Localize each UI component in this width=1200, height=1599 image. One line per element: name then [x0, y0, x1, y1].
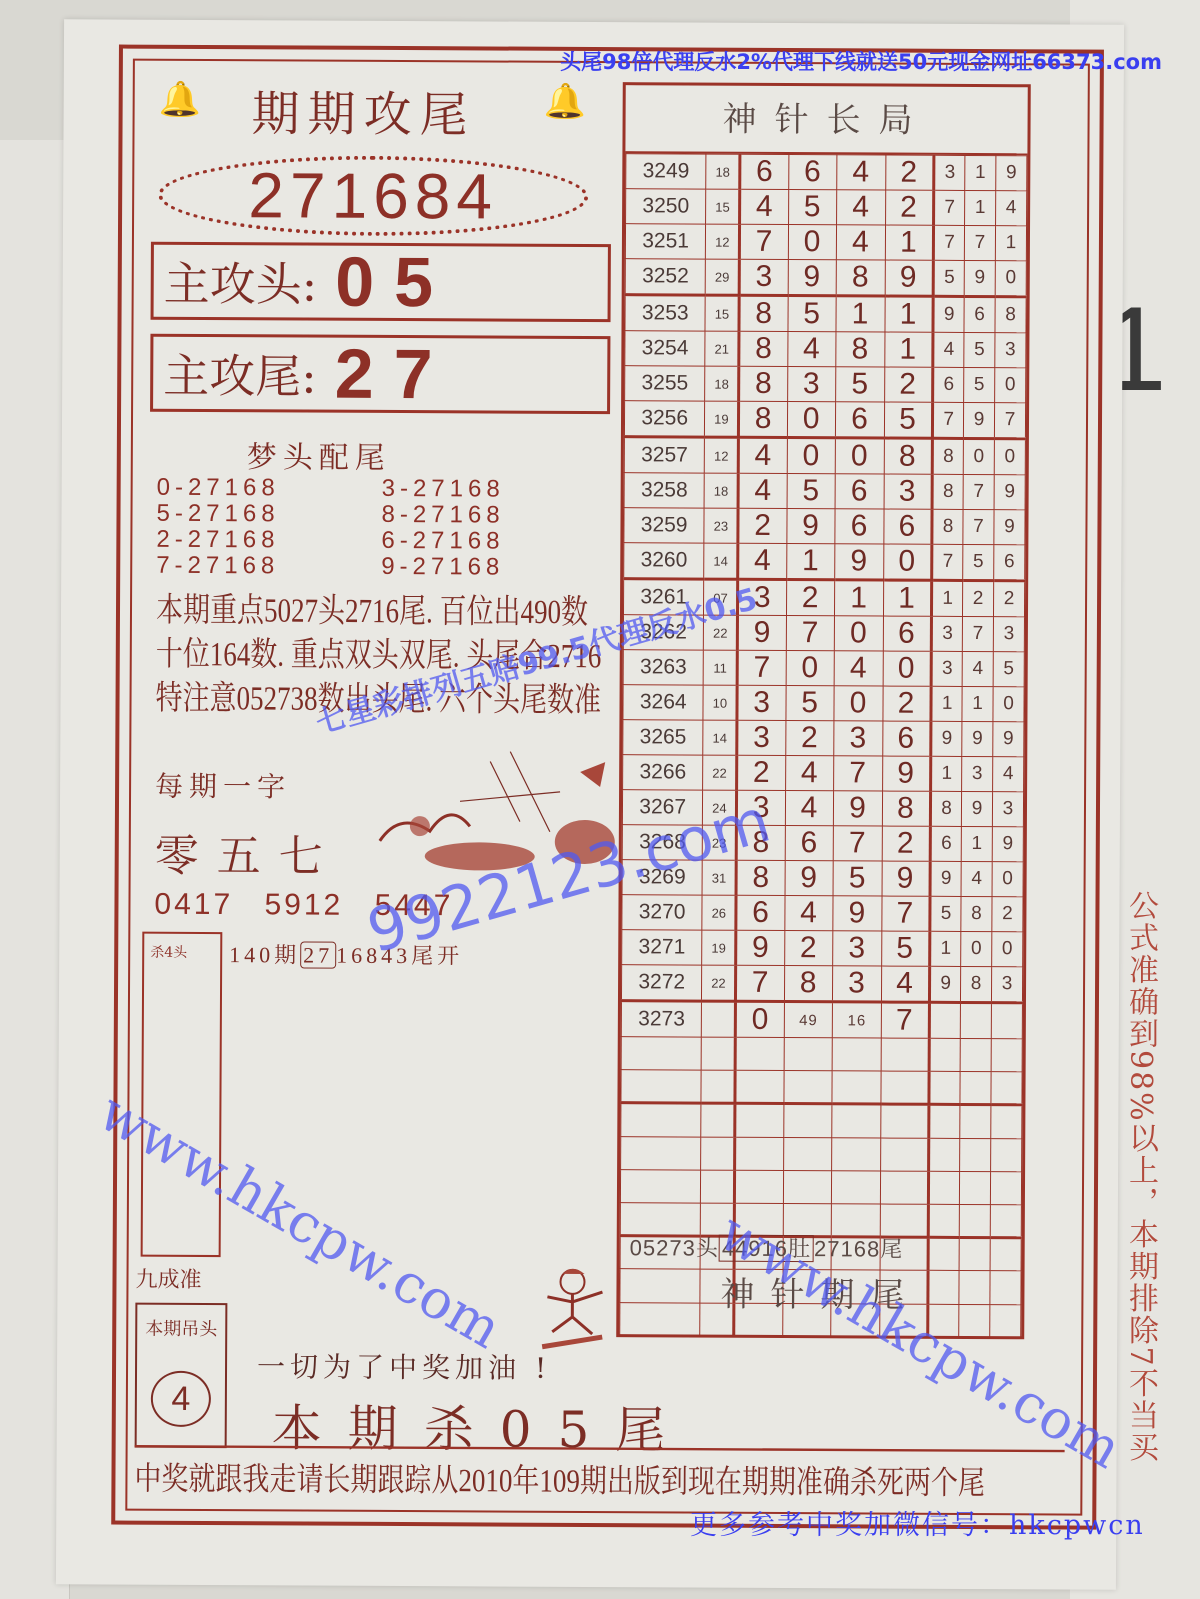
- draw-digit: 9: [736, 930, 785, 965]
- issue-number: 3266: [623, 755, 704, 790]
- draw-row: 3256198065797: [624, 401, 1025, 439]
- main-tail-value: 27: [335, 334, 453, 415]
- draw-digit: 3: [833, 931, 882, 966]
- issue-number: 3268: [622, 825, 703, 860]
- draw-digit: 0: [836, 438, 885, 474]
- extra-digit: 9: [964, 260, 995, 296]
- draw-digit: 1: [787, 544, 836, 580]
- issue-number: 3253: [625, 295, 706, 331]
- extra-digit: 9: [994, 475, 1025, 510]
- draw-digit: 2: [885, 155, 934, 190]
- extra-digit: 5: [964, 367, 995, 402]
- empty-cell: [880, 1138, 929, 1171]
- lucky-number: 271684: [248, 158, 498, 233]
- draw-row: 3251127041771: [625, 224, 1026, 261]
- issue-number: 3269: [622, 860, 703, 895]
- draw-digit: 3: [740, 259, 789, 295]
- empty-cell: [832, 1038, 881, 1071]
- digit-sum: 22: [704, 615, 738, 650]
- extra-digit: 9: [962, 721, 993, 756]
- draw-digit: 7: [881, 1002, 930, 1038]
- draw-row: 3271199235100: [622, 930, 1023, 967]
- extra-digit: [960, 1002, 991, 1038]
- issue-number: 3249: [626, 154, 707, 189]
- draw-digit: 16: [833, 1002, 882, 1038]
- issue-number: 3267: [622, 790, 703, 825]
- extra-digit: 0: [994, 439, 1025, 475]
- empty-cell: [735, 1170, 784, 1203]
- extra-digit: 1: [932, 580, 963, 616]
- extra-digit: 8: [932, 474, 963, 509]
- empty-cell: [929, 1171, 960, 1204]
- extra-digit: 1: [962, 686, 993, 721]
- draw-digit: 7: [738, 650, 787, 685]
- empty-cell: [620, 1169, 701, 1203]
- digit-sum: 21: [705, 331, 739, 366]
- extra-digit: 7: [963, 509, 994, 544]
- empty-cell: [784, 1038, 833, 1071]
- draw-row: 3263117040345: [623, 650, 1024, 687]
- draw-digit: 4: [834, 651, 883, 686]
- draw-digit: 2: [884, 367, 933, 402]
- draw-digit: 9: [835, 544, 884, 580]
- draw-digit: 6: [835, 474, 884, 509]
- draw-digit: 0: [834, 686, 883, 721]
- digit-sum: 23: [704, 508, 738, 543]
- draw-row: 3268238672619: [622, 825, 1023, 862]
- draw-digit: 4: [740, 189, 789, 224]
- extra-digit: 1: [930, 931, 961, 966]
- issue-number: 3252: [625, 259, 706, 295]
- draw-digit: 9: [882, 861, 931, 896]
- extra-digit: 8: [995, 297, 1026, 333]
- extra-digit: 0: [992, 862, 1023, 897]
- bell-icon-right: 🔔: [544, 82, 587, 122]
- extra-digit: 8: [932, 509, 963, 544]
- note-line: 特注意052738数出头尾. 六个头尾数准: [155, 670, 625, 727]
- draw-row: 3258184563879: [624, 473, 1025, 510]
- pairing-item: 0-27168: [157, 475, 382, 502]
- draw-digit: 5: [788, 190, 837, 225]
- draw-digit: 4: [785, 756, 834, 791]
- draw-digit: 7: [736, 965, 785, 1001]
- draw-digit: 0: [787, 402, 836, 438]
- draw-digit: 0: [788, 225, 837, 260]
- running-kid-icon: [527, 1262, 617, 1352]
- draw-digit: 7: [833, 826, 882, 861]
- draw-digit: 5: [836, 367, 885, 402]
- draw-row: 3253158511968: [625, 295, 1026, 333]
- issue-number: 3257: [624, 437, 705, 473]
- draw-digit: 4: [785, 896, 834, 931]
- extra-digit: 1: [931, 686, 962, 721]
- draw-digit: 7: [882, 896, 931, 931]
- prediction-title: 神针期尾: [619, 1266, 1021, 1317]
- extra-digit: 9: [993, 722, 1024, 757]
- extra-digit: 7: [964, 225, 995, 260]
- extra-digit: 3: [993, 617, 1024, 652]
- draw-digit: 8: [737, 825, 786, 860]
- digit-sum: 15: [706, 189, 740, 224]
- pairing-item: 8-27168: [381, 502, 606, 529]
- draw-digit: 3: [833, 966, 882, 1002]
- digit-sum: 31: [702, 860, 736, 895]
- draw-digit: 1: [885, 296, 934, 332]
- daily-label: 每期一字: [155, 765, 291, 806]
- draw-digit: 1: [835, 580, 884, 616]
- draw-history-table: 3249186642319325015454271432511270417713…: [619, 153, 1027, 1338]
- issue-number: 3263: [623, 650, 704, 685]
- extra-digit: 1: [965, 155, 996, 190]
- draw-digit: 5: [881, 931, 930, 966]
- draw-digit: 2: [738, 508, 787, 543]
- draw-table-footer: 05273头44916肚27168尾 神针期尾: [619, 1219, 1022, 1336]
- draw-row: 3252293989590: [625, 259, 1026, 297]
- empty-cell: [881, 1038, 930, 1071]
- extra-digit: 0: [961, 931, 992, 966]
- digit-sum: 14: [703, 720, 737, 755]
- extra-digit: 2: [992, 897, 1023, 932]
- empty-cell: [783, 1137, 832, 1170]
- draw-digit: 0: [736, 1001, 785, 1037]
- draw-digit: 2: [885, 190, 934, 225]
- extra-digit: 9: [996, 156, 1027, 191]
- empty-row: [621, 1037, 1022, 1072]
- empty-cell: [832, 1104, 881, 1137]
- issue-number: 3259: [624, 508, 705, 543]
- draw-digit: 2: [882, 826, 931, 861]
- draw-digit: 2: [737, 755, 786, 790]
- extra-digit: [929, 1002, 960, 1038]
- digit-sum: [702, 1001, 736, 1037]
- draw-digit: 9: [787, 509, 836, 544]
- extra-digit: 9: [933, 296, 964, 332]
- draw-digit: 9: [738, 615, 787, 650]
- empty-cell: [736, 1037, 785, 1070]
- draw-digit: 8: [739, 401, 788, 437]
- extra-digit: 7: [962, 616, 993, 651]
- empty-row: [621, 1103, 1022, 1138]
- issue-number: 3270: [622, 895, 703, 930]
- digit-sum: 29: [706, 259, 740, 295]
- digit-sum: 18: [704, 473, 738, 508]
- issue-number: 3254: [625, 331, 706, 366]
- extra-digit: 0: [963, 438, 994, 474]
- footer-claim: 中奖就跟我走请长期跟踪从2010年109期出版到现在期期准确杀死两个尾: [134, 1445, 1064, 1505]
- extra-digit: 5: [993, 652, 1024, 687]
- pairing-item: 5-27168: [156, 501, 381, 528]
- extra-digit: 5: [963, 544, 994, 580]
- draw-digit: 7: [834, 756, 883, 791]
- empty-cell: [621, 1103, 702, 1137]
- extra-digit: [991, 1003, 1022, 1039]
- contact-phone: 0417 5912 5447: [154, 888, 453, 924]
- issue-number: 3250: [626, 189, 707, 224]
- draw-digit: 5: [884, 402, 933, 438]
- empty-cell: [880, 1171, 929, 1204]
- draw-digit: 6: [882, 721, 931, 756]
- horse-rider-illustration-icon: [360, 731, 621, 882]
- empty-cell: [784, 1104, 833, 1137]
- extra-digit: 0: [992, 932, 1023, 967]
- empty-cell: [621, 1037, 702, 1071]
- draw-digit: 6: [883, 616, 932, 651]
- hanging-head-label: 本期吊头: [137, 1305, 225, 1341]
- empty-cell: [960, 1138, 991, 1171]
- draw-row: 3259232966879: [624, 508, 1025, 545]
- draw-digit: 0: [787, 438, 836, 474]
- draw-digit: 4: [837, 155, 886, 190]
- empty-cell: [701, 1103, 735, 1136]
- draw-digit: 7: [740, 224, 789, 259]
- daily-value: 零五七: [155, 820, 341, 885]
- draw-digit: 8: [739, 366, 788, 401]
- pairing-item: 2-27168: [156, 527, 381, 554]
- draw-digit: 8: [739, 331, 788, 366]
- empty-cell: [881, 1071, 930, 1104]
- sheet-title: 期期攻尾: [213, 75, 513, 146]
- draw-row: 3262229706373: [623, 615, 1024, 652]
- draw-row: 3261073211122: [623, 579, 1024, 617]
- extra-digit: 4: [996, 191, 1027, 226]
- issue-number: 3265: [623, 720, 704, 755]
- main-head-box: 主攻头: 05: [151, 242, 611, 322]
- empty-cell: [929, 1038, 960, 1071]
- extra-digit: 7: [932, 544, 963, 580]
- empty-cell: [783, 1170, 832, 1203]
- draw-row: 3250154542714: [626, 189, 1027, 226]
- draw-digit: 8: [836, 332, 885, 367]
- extra-digit: 1: [995, 226, 1026, 261]
- draw-row: 3270266497582: [622, 895, 1023, 932]
- draw-digit: 6: [835, 509, 884, 544]
- draw-digit: 5: [786, 686, 835, 721]
- draw-digit: 6: [836, 402, 885, 438]
- draw-digit: 4: [738, 543, 787, 579]
- extra-digit: 0: [995, 368, 1026, 403]
- empty-cell: [960, 1105, 991, 1138]
- issue-number: 3251: [625, 224, 706, 259]
- issue-number: 3255: [625, 366, 706, 401]
- extra-digit: 5: [933, 260, 964, 296]
- draw-digit: 7: [786, 616, 835, 651]
- draw-digit: 9: [834, 791, 883, 826]
- draw-history-panel: 神针长局 32491866423193250154542714325112704…: [616, 82, 1031, 1339]
- digit-sum: 18: [706, 154, 740, 189]
- empty-cell: [960, 1038, 991, 1071]
- main-tail-label: 主攻尾:: [163, 340, 317, 407]
- extra-digit: 9: [994, 510, 1025, 545]
- empty-cell: [929, 1071, 960, 1104]
- empty-row: [620, 1169, 1021, 1204]
- draw-digit: 8: [882, 791, 931, 826]
- draw-digit: 1: [885, 332, 934, 367]
- draw-digit: 4: [738, 473, 787, 508]
- draw-digit: 3: [737, 685, 786, 720]
- extra-digit: 5: [964, 332, 995, 367]
- draw-digit: 5: [833, 861, 882, 896]
- issue-number: 3272: [621, 965, 702, 1001]
- draw-digit: 6: [740, 154, 789, 189]
- draw-digit: 3: [884, 474, 933, 509]
- digit-sum: 11: [704, 650, 738, 685]
- draw-digit: 4: [788, 332, 837, 367]
- empty-cell: [701, 1170, 735, 1203]
- draw-digit: 5: [788, 296, 837, 332]
- extra-digit: 9: [931, 721, 962, 756]
- empty-cell: [701, 1070, 735, 1103]
- draw-digit: 6: [736, 895, 785, 930]
- extra-digit: 4: [962, 651, 993, 686]
- draw-digit: 8: [836, 260, 885, 296]
- extra-digit: 3: [931, 616, 962, 651]
- draw-digit: 3: [737, 790, 786, 825]
- bell-icon-left: 🔔: [159, 80, 202, 120]
- extra-digit: 7: [934, 225, 965, 260]
- draw-digit: 1: [883, 580, 932, 616]
- empty-cell: [960, 1072, 991, 1105]
- empty-cell: [959, 1171, 990, 1204]
- digit-sum: 07: [704, 579, 738, 615]
- issue-number: 3256: [624, 401, 705, 437]
- pairing-item: 3-27168: [382, 476, 607, 503]
- draw-digit: 9: [882, 756, 931, 791]
- extra-digit: 9: [961, 791, 992, 826]
- issue-number: 3264: [623, 685, 704, 720]
- draw-digit: 1: [885, 225, 934, 260]
- extra-digit: 1: [931, 756, 962, 791]
- digit-sum: 10: [703, 685, 737, 720]
- digit-sum: 12: [706, 224, 740, 259]
- extra-digit: 2: [993, 581, 1024, 617]
- main-head-label: 主攻头:: [164, 248, 318, 315]
- draw-digit: 5: [787, 474, 836, 509]
- draw-digit: 3: [834, 721, 883, 756]
- empty-cell: [735, 1070, 784, 1103]
- extra-digit: 6: [930, 826, 961, 861]
- prediction-line: 05273头44916肚27168尾: [620, 1219, 1022, 1264]
- main-tail-box: 主攻尾: 27: [150, 334, 610, 414]
- hanging-head-box: 本期吊头 4: [135, 1303, 228, 1448]
- draw-digit: 3: [737, 720, 786, 755]
- draw-digit: 0: [883, 544, 932, 580]
- draw-row: 3260144190756: [624, 543, 1025, 581]
- draw-digit: 8: [784, 966, 833, 1002]
- prediction-head: 05273头: [630, 1235, 719, 1260]
- extra-digit: 3: [934, 155, 965, 190]
- draw-digit: 4: [837, 190, 886, 225]
- kill-head-label: 杀4头: [144, 934, 220, 970]
- history-rest: 16843尾开: [336, 943, 463, 969]
- draw-digit: 3: [787, 367, 836, 402]
- kill-head-box: 杀4头: [141, 932, 223, 1257]
- digit-sum: 19: [705, 401, 739, 437]
- extra-digit: 5: [930, 896, 961, 931]
- extra-digit: 8: [961, 896, 992, 931]
- draw-row: 3249186642319: [626, 154, 1027, 191]
- empty-cell: [832, 1171, 881, 1204]
- history-prefix: 140期: [229, 942, 300, 967]
- empty-cell: [991, 1072, 1022, 1105]
- draw-digit: 6: [884, 509, 933, 544]
- issue-number: 3273: [621, 1001, 702, 1037]
- draw-digit: 0: [835, 616, 884, 651]
- draw-row: 3254218481453: [625, 331, 1026, 368]
- digit-sum: 24: [703, 790, 737, 825]
- digit-sum: 15: [705, 295, 739, 331]
- draw-digit: 8: [739, 295, 788, 331]
- issue-number: 3261: [623, 579, 704, 615]
- digit-sum: 26: [702, 895, 736, 930]
- extra-digit: 9: [930, 861, 961, 896]
- draw-digit: 9: [833, 896, 882, 931]
- extra-digit: 0: [995, 261, 1026, 297]
- draw-digit: 9: [788, 260, 837, 296]
- draw-table-title: 神针长局: [625, 85, 1027, 155]
- draw-digit: 4: [739, 437, 788, 473]
- extra-digit: 1: [961, 826, 992, 861]
- empty-cell: [701, 1137, 735, 1170]
- extra-digit: 3: [962, 756, 993, 791]
- extra-digit: 2: [963, 580, 994, 616]
- draw-digit: 9: [785, 861, 834, 896]
- cheer-slogan: 一切为了中奖加油 !: [257, 1345, 551, 1387]
- draw-digit: 6: [789, 155, 838, 190]
- extra-digit: 8: [961, 966, 992, 1002]
- draw-digit: 8: [884, 438, 933, 474]
- background-vertical-text: 公式准确到98%以上，本期排除7不当买: [1118, 890, 1162, 1464]
- extra-digit: 1: [965, 190, 996, 225]
- draw-digit: 3: [738, 579, 787, 615]
- extra-digit: 8: [931, 791, 962, 826]
- empty-cell: [621, 1136, 702, 1170]
- draw-digit: 2: [785, 931, 834, 966]
- hanging-head-value: 4: [151, 1371, 211, 1427]
- extra-digit: 4: [933, 332, 964, 367]
- digit-sum: 22: [703, 755, 737, 790]
- digit-sum: 14: [704, 543, 738, 579]
- draw-row: 3269318959940: [622, 860, 1023, 897]
- empty-row: [621, 1070, 1022, 1105]
- draw-row: 3267243498893: [622, 790, 1023, 827]
- empty-cell: [929, 1138, 960, 1171]
- prediction-middle: 44916肚: [719, 1235, 814, 1262]
- pairing-item: 6-27168: [381, 528, 606, 555]
- pairing-item: 7-27168: [156, 553, 381, 580]
- draw-digit: 0: [786, 651, 835, 686]
- draw-digit: 6: [785, 826, 834, 861]
- issue-number: 3271: [622, 930, 703, 965]
- draw-row: 3255188352650: [625, 366, 1026, 403]
- draw-digit: 2: [883, 686, 932, 721]
- digit-sum: 22: [702, 965, 736, 1001]
- empty-cell: [832, 1071, 881, 1104]
- accuracy-label: 九成准: [135, 1263, 201, 1294]
- empty-row: [621, 1136, 1022, 1171]
- draw-digit: 1: [836, 296, 885, 332]
- pairing-item: 9-27168: [381, 554, 606, 581]
- lottery-sheet: 🔔 🔔 期期攻尾 271684 主攻头: 05 主攻尾: 27 梦头配尾 0-2…: [56, 19, 1124, 1590]
- extra-digit: 7: [933, 402, 964, 438]
- draw-row: 3272227834983: [621, 965, 1022, 1003]
- issue-number: 3260: [624, 543, 705, 579]
- draw-digit: 8: [736, 860, 785, 895]
- history-record: 140期2716843尾开: [229, 938, 463, 970]
- extra-digit: 0: [993, 687, 1024, 722]
- extra-digit: 7: [963, 474, 994, 509]
- empty-cell: [621, 1070, 702, 1104]
- draw-digit: 4: [837, 225, 886, 260]
